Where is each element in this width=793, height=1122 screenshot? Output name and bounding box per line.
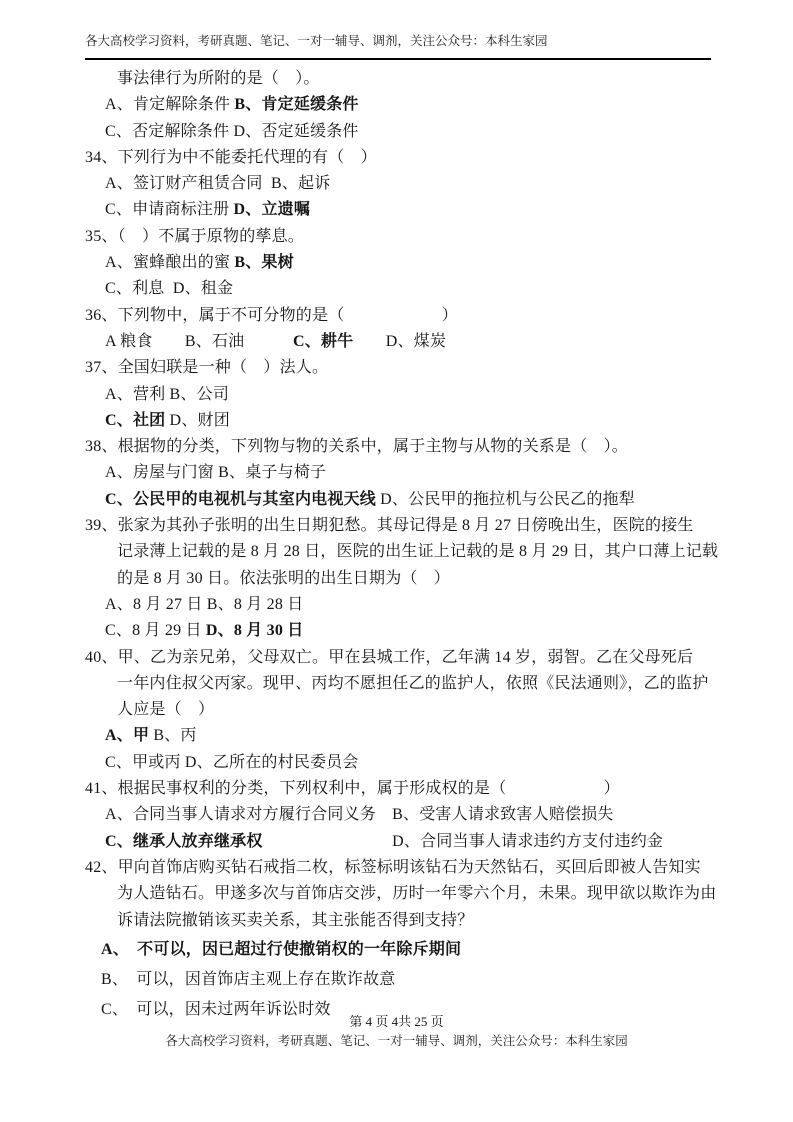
option-line: A、 不可以，因已超过行使撤销权的一年除斥期间 bbox=[85, 937, 725, 963]
answer-bold-text: A、甲 bbox=[105, 727, 149, 744]
option-line: A、8 月 27 日 B、8 月 28 日 bbox=[85, 592, 725, 618]
continuation-line: 为人造钻石。甲遂多次与首饰店交涉，历时一年零六个月，未果。现甲欲以欺诈为由 bbox=[85, 881, 725, 907]
line-text: B、丙 bbox=[149, 727, 196, 744]
line-text: C、申请商标注册 bbox=[105, 201, 233, 218]
option-line: C、8 月 29 日 D、8 月 30 日 bbox=[85, 618, 725, 644]
document-body: 事法律行为所附的是（ ）。A、肯定解除条件 B、肯定延缓条件C、否定解除条件 D… bbox=[85, 66, 725, 1023]
line-text: C、甲或丙 D、乙所在的村民委员会 bbox=[105, 754, 359, 771]
question-line: 38、根据物的分类，下列物与物的关系中，属于主物与从物的关系是（ ）。 bbox=[85, 434, 725, 460]
option-line: A、营利 B、公司 bbox=[85, 382, 725, 408]
line-text: 记录薄上记载的是 8 月 28 日，医院的出生证上记载的是 8 月 29 日，其… bbox=[117, 543, 718, 560]
question-line: 42、甲向首饰店购买钻石戒指二枚，标签标明该钻石为天然钻石，买回后即被人告知实 bbox=[85, 855, 725, 881]
question-line: 39、张家为其孙子张明的出生日期犯愁。其母记得是 8 月 27 日傍晚出生，医院… bbox=[85, 513, 725, 539]
line-text: 35、（ ）不属于原物的孳息。 bbox=[85, 228, 304, 245]
line-text: 37、全国妇联是一种（ ）法人。 bbox=[85, 359, 328, 376]
option-line: C、否定解除条件 D、否定延缓条件 bbox=[85, 119, 725, 145]
line-text: D、煤炭 bbox=[353, 333, 446, 350]
line-text: D、合同当事人请求违约方支付违约金 bbox=[263, 833, 664, 850]
answer-bold-text: C、公民甲的电视机与其室内电视天线 bbox=[105, 491, 376, 508]
line-text: 为人造钻石。甲遂多次与首饰店交涉，历时一年零六个月，未果。现甲欲以欺诈为由 bbox=[117, 885, 716, 902]
option-line: A、签订财产租赁合同 B、起诉 bbox=[85, 171, 725, 197]
answer-bold-text: C、社团 bbox=[105, 412, 165, 429]
line-text: 诉请法院撤销该买卖关系，其主张能否得到支持？ bbox=[117, 912, 473, 929]
header-rule bbox=[85, 58, 711, 60]
line-text: A、8 月 27 日 B、8 月 28 日 bbox=[105, 596, 303, 613]
line-text: 42、甲向首饰店购买钻石戒指二枚，标签标明该钻石为天然钻石，买回后即被人告知实 bbox=[85, 859, 701, 876]
answer-bold-text: A、 不可以，因已超过行使撤销权的一年除斥期间 bbox=[101, 941, 461, 958]
line-text: A、营利 B、公司 bbox=[105, 386, 229, 403]
line-text: C、否定解除条件 D、否定延缓条件 bbox=[105, 123, 359, 140]
line-text: A、房屋与门窗 B、桌子与椅子 bbox=[105, 464, 326, 481]
continuation-line: 的是 8 月 30 日。依法张明的出生日期为（ ） bbox=[85, 566, 725, 592]
question-line: 40、甲、乙为亲兄弟，父母双亡。甲在县城工作，乙年满 14 岁，弱智。乙在父母死… bbox=[85, 645, 725, 671]
line-text: D、公民甲的拖拉机与公民乙的拖犁 bbox=[376, 491, 635, 508]
line-text: C、利息 D、租金 bbox=[105, 280, 233, 297]
continuation-line: 事法律行为所附的是（ ）。 bbox=[85, 66, 725, 92]
continuation-line: 诉请法院撤销该买卖关系，其主张能否得到支持？ bbox=[85, 908, 725, 934]
option-line: C、社团 D、财团 bbox=[85, 408, 725, 434]
question-line: 37、全国妇联是一种（ ）法人。 bbox=[85, 355, 725, 381]
option-line: A、肯定解除条件 B、肯定延缓条件 bbox=[85, 92, 725, 118]
continuation-line: 人应是（ ） bbox=[85, 697, 725, 723]
answer-bold-text: C、继承人放弃继承权 bbox=[105, 833, 263, 850]
line-text: A、肯定解除条件 bbox=[105, 96, 234, 113]
option-line: C、继承人放弃继承权 D、合同当事人请求违约方支付违约金 bbox=[85, 829, 725, 855]
continuation-line: 记录薄上记载的是 8 月 28 日，医院的出生证上记载的是 8 月 29 日，其… bbox=[85, 539, 725, 565]
question-line: 41、根据民事权利的分类，下列权利中，属于形成权的是（ ） bbox=[85, 776, 725, 802]
line-text: A、蜜蜂酿出的蜜 bbox=[105, 254, 234, 271]
option-line: C、公民甲的电视机与其室内电视天线 D、公民甲的拖拉机与公民乙的拖犁 bbox=[85, 487, 725, 513]
option-line: A、蜜蜂酿出的蜜 B、果树 bbox=[85, 250, 725, 276]
option-line: C、申请商标注册 D、立遗嘱 bbox=[85, 197, 725, 223]
line-text: A、签订财产租赁合同 B、起诉 bbox=[105, 175, 330, 192]
question-line: 35、（ ）不属于原物的孳息。 bbox=[85, 224, 725, 250]
line-text: 34、下列行为中不能委托代理的有（ ） bbox=[85, 149, 377, 166]
option-line: A、甲 B、丙 bbox=[85, 723, 725, 749]
line-text: B、 可以，因首饰店主观上存在欺诈故意 bbox=[101, 971, 395, 988]
option-line: C、利息 D、租金 bbox=[85, 276, 725, 302]
option-line: A、合同当事人请求对方履行合同义务 B、受害人请求致害人赔偿损失 bbox=[85, 802, 725, 828]
option-line: C、甲或丙 D、乙所在的村民委员会 bbox=[85, 750, 725, 776]
line-text: 38、根据物的分类，下列物与物的关系中，属于主物与从物的关系是（ ）。 bbox=[85, 438, 628, 455]
answer-bold-text: C、耕牛 bbox=[293, 333, 353, 350]
document-page: 各大高校学习资料，考研真题、笔记、一对一辅导、调剂，关注公众号：本科生家园 事法… bbox=[0, 0, 793, 1122]
option-line: A、房屋与门窗 B、桌子与椅子 bbox=[85, 460, 725, 486]
line-text: A、合同当事人请求对方履行合同义务 B、受害人请求致害人赔偿损失 bbox=[105, 806, 614, 823]
line-text: 的是 8 月 30 日。依法张明的出生日期为（ ） bbox=[117, 570, 450, 587]
answer-bold-text: B、果树 bbox=[234, 254, 293, 271]
continuation-line: 一年内住叔父丙家。现甲、丙均不愿担任乙的监护人，依照《民法通则》，乙的监护 bbox=[85, 671, 725, 697]
page-header-text: 各大高校学习资料，考研真题、笔记、一对一辅导、调剂，关注公众号：本科生家园 bbox=[85, 33, 710, 49]
line-text: C、8 月 29 日 bbox=[105, 622, 206, 639]
answer-bold-text: B、肯定延缓条件 bbox=[234, 96, 358, 113]
option-line: B、 可以，因首饰店主观上存在欺诈故意 bbox=[85, 967, 725, 993]
line-text: A 粮食 B、石油 bbox=[105, 333, 293, 350]
question-line: 36、下列物中，属于不可分物的是（ ） bbox=[85, 303, 725, 329]
line-text: 39、张家为其孙子张明的出生日期犯愁。其母记得是 8 月 27 日傍晚出生，医院… bbox=[85, 517, 694, 534]
answer-bold-text: D、8 月 30 日 bbox=[206, 622, 304, 639]
line-text: 事法律行为所附的是（ ）。 bbox=[117, 70, 320, 87]
answer-bold-text: D、立遗嘱 bbox=[233, 201, 310, 218]
question-line: 34、下列行为中不能委托代理的有（ ） bbox=[85, 145, 725, 171]
line-text: 人应是（ ） bbox=[117, 701, 214, 718]
page-footer-text: 各大高校学习资料，考研真题、笔记、一对一辅导、调剂，关注公众号：本科生家园 bbox=[0, 1033, 793, 1049]
line-text: 40、甲、乙为亲兄弟，父母双亡。甲在县城工作，乙年满 14 岁，弱智。乙在父母死… bbox=[85, 649, 693, 666]
line-text: 41、根据民事权利的分类，下列权利中，属于形成权的是（ ） bbox=[85, 780, 620, 797]
page-number: 第 4 页 4共 25 页 bbox=[0, 1013, 793, 1031]
line-text: 一年内住叔父丙家。现甲、丙均不愿担任乙的监护人，依照《民法通则》，乙的监护 bbox=[117, 675, 708, 692]
line-text: D、财团 bbox=[165, 412, 230, 429]
option-line: A 粮食 B、石油 C、耕牛 D、煤炭 bbox=[85, 329, 725, 355]
line-text: 36、下列物中，属于不可分物的是（ ） bbox=[85, 307, 458, 324]
